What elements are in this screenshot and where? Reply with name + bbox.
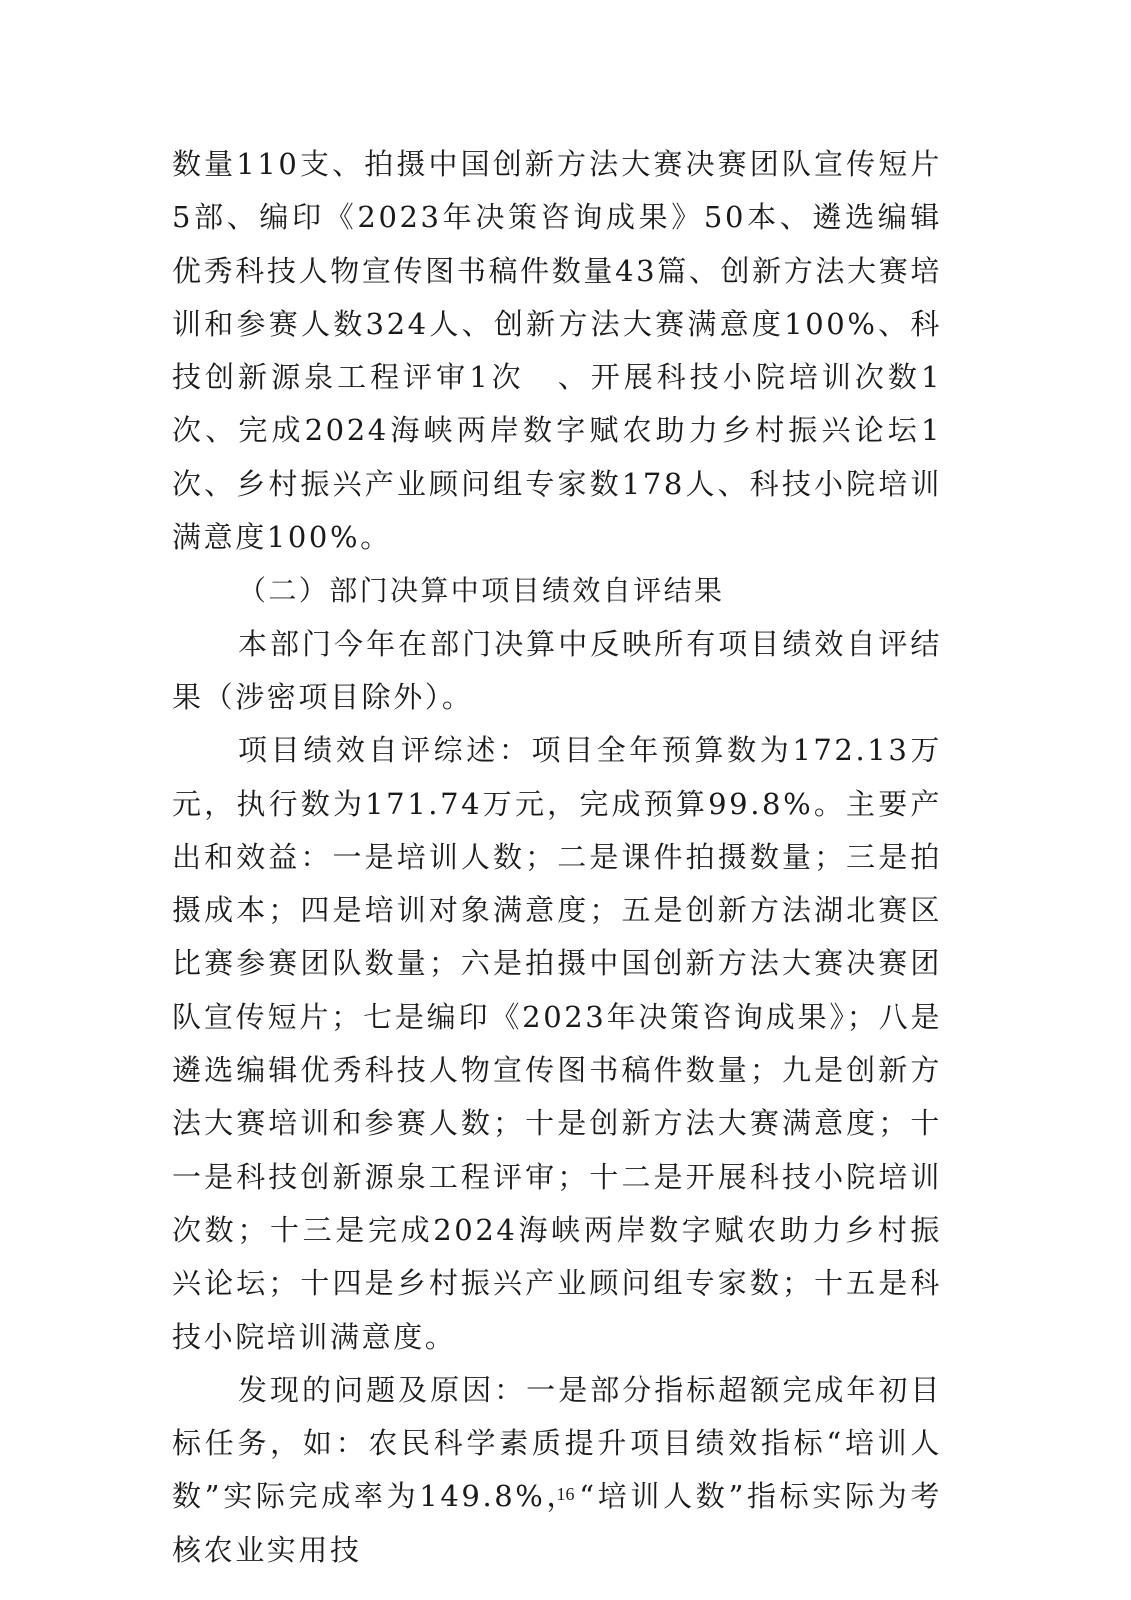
section-heading: （二）部门决算中项目绩效自评结果 xyxy=(172,564,942,617)
paragraph-self-evaluation-summary: 项目绩效自评综述：项目全年预算数为172.13万元，执行数为171.74万元，完… xyxy=(172,724,942,1364)
page-number: 16 xyxy=(0,1484,1131,1505)
paragraph-scope: 本部门今年在部门决算中反映所有项目绩效自评结果（涉密项目除外）。 xyxy=(172,618,942,725)
paragraph-problems-and-causes: 发现的问题及原因：一是部分指标超额完成年初目标任务，如：农民科学素质提升项目绩效… xyxy=(172,1364,942,1577)
document-body: 数量110支、拍摄中国创新方法大赛决赛团队宣传短片5部、编印《2023年决策咨询… xyxy=(172,138,942,1577)
paragraph-continuation: 数量110支、拍摄中国创新方法大赛决赛团队宣传短片5部、编印《2023年决策咨询… xyxy=(172,138,942,564)
